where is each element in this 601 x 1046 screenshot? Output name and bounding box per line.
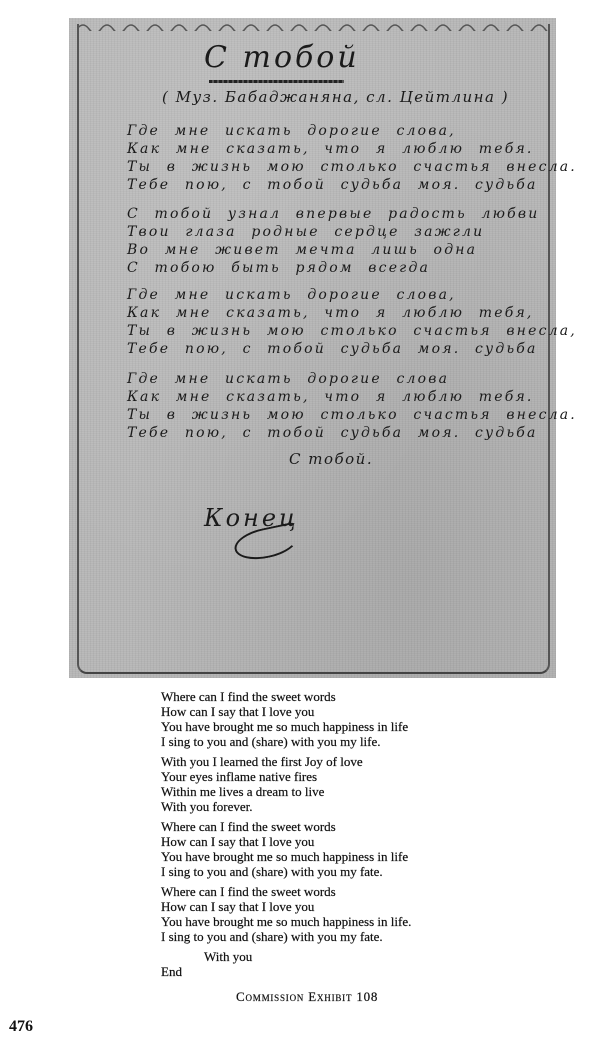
handwritten-stanza-2: С тобой узнал впервые радость любви Твои… [127, 205, 539, 277]
exhibit-caption: Commission Exhibit 108 [236, 989, 378, 1005]
translation-line: Within me lives a dream to live [161, 784, 411, 799]
handwritten-line: Тебе пою, с тобой судьба моя. судьба [127, 176, 577, 194]
handwritten-line: Во мне живет мечта лишь одна [127, 241, 539, 259]
page-number: 476 [9, 1018, 33, 1036]
translation-line: I sing to you and (share) with you my li… [161, 734, 411, 749]
handwritten-title: С тобой [204, 40, 360, 75]
handwritten-closing-line: С тобой. [289, 450, 373, 468]
translation-end: End [161, 964, 411, 979]
translation-line: How can I say that I love you [161, 834, 411, 849]
translation-verse-2: With you I learned the first Joy of love… [161, 754, 411, 814]
translation-line: You have brought me so much happiness in… [161, 849, 411, 864]
handwritten-line: Как мне сказать, что я люблю тебя. [127, 140, 577, 158]
handwritten-line: Ты в жизнь мою столько счастья внесла, [127, 322, 577, 340]
handwritten-line: Тебе пою, с тобой судьба моя. судьба [127, 424, 577, 442]
translation-with-you: With you [161, 949, 411, 964]
handwritten-line: Как мне сказать, что я люблю тебя. [127, 388, 577, 406]
handwritten-line: Твои глаза родные сердце зажгли [127, 223, 539, 241]
title-underline [209, 80, 344, 83]
translation-line: Where can I find the sweet words [161, 884, 411, 899]
handwritten-line: Где мне искать дорогие слова, [127, 286, 577, 304]
handwritten-line: Тебе пою, с тобой судьба моя. судьба [127, 340, 577, 358]
translation-verse-3: Where can I find the sweet words How can… [161, 819, 411, 879]
translation-line: How can I say that I love you [161, 704, 411, 719]
translation-line: Where can I find the sweet words [161, 689, 411, 704]
translation-line: Your eyes inflame native fires [161, 769, 411, 784]
translation-line: I sing to you and (share) with you my fa… [161, 864, 411, 879]
translation-line: I sing to you and (share) with you my fa… [161, 929, 411, 944]
handwritten-credits: ( Муз. Бабаджаняна, сл. Цейтлина ) [162, 88, 509, 106]
translation-line: With you forever. [161, 799, 411, 814]
handwritten-line: Где мне искать дорогие слова, [127, 122, 577, 140]
translation-line: With you I learned the first Joy of love [161, 754, 411, 769]
translation-line: You have brought me so much happiness in… [161, 719, 411, 734]
handwritten-stanza-3: Где мне искать дорогие слова, Как мне ск… [127, 286, 577, 358]
translation-line: You have brought me so much happiness in… [161, 914, 411, 929]
handwritten-line: Ты в жизнь мою столько счастья внесла. [127, 406, 577, 424]
handwritten-line: С тобой узнал впервые радость любви [127, 205, 539, 223]
handwritten-stanza-1: Где мне искать дорогие слова, Как мне ск… [127, 122, 577, 194]
translation-verse-1: Where can I find the sweet words How can… [161, 689, 411, 749]
translation-line: Where can I find the sweet words [161, 819, 411, 834]
handwritten-stanza-4: Где мне искать дорогие слова Как мне ска… [127, 370, 577, 442]
handwritten-line: Ты в жизнь мою столько счастья внесла. [127, 158, 577, 176]
handwritten-line: Как мне сказать, что я люблю тебя, [127, 304, 577, 322]
translation-line: How can I say that I love you [161, 899, 411, 914]
handwritten-line: Где мне искать дорогие слова [127, 370, 577, 388]
english-translation: Where can I find the sweet words How can… [161, 689, 411, 979]
translation-verse-4: Where can I find the sweet words How can… [161, 884, 411, 944]
handwritten-lyrics-photo: С тобой ( Муз. Бабаджаняна, сл. Цейтлина… [69, 18, 556, 678]
handwritten-line: С тобою быть рядом всегда [127, 259, 539, 277]
